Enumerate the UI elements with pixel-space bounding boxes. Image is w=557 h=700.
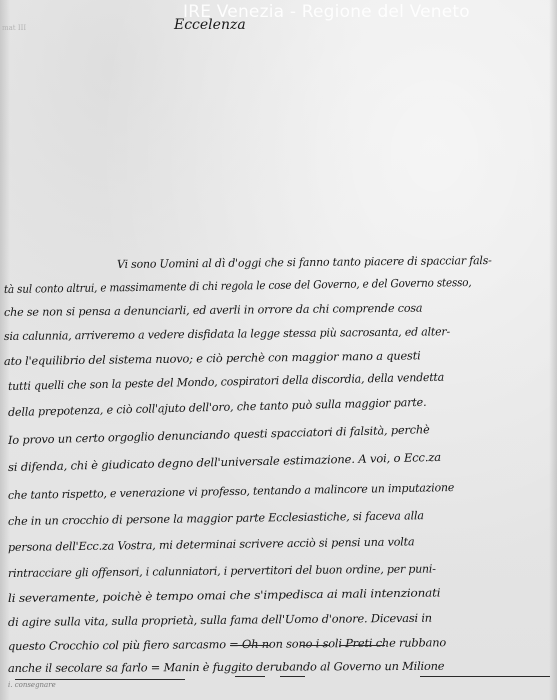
letter-line: Vi sono Uomini al dì d'oggi che si fanno… [117,254,492,271]
underline-mark [15,679,185,680]
letter-line: ato l'equilibrio del sistema nuovo; e ci… [4,349,421,368]
letter-line: anche il secolare sa farlo = Manin è fug… [8,660,444,675]
letter-line: di agire sulla vita, sulla proprietà, su… [8,612,432,629]
underline-mark [280,676,305,677]
archive-corner-mark: mat III [2,24,26,32]
underline-mark [340,645,385,646]
underline-mark [300,645,330,646]
letter-line: sia calunnia, arriveremo a vedere disfid… [4,325,450,343]
letter-line: che se non si pensa a denunciarli, ed av… [4,302,423,319]
underline-mark [420,676,550,677]
scanned-letter-page: IRE Venezia - Regione del Veneto mat III… [0,0,557,700]
letter-line: si difenda, chi è giudicato degno dell'u… [8,451,441,474]
letter-line: li severamente, poichè è tempo omai che … [8,586,441,605]
letter-line: persona dell'Ecc.za Vostra, mi determina… [8,535,415,554]
letter-line: tutti quelli che son la peste del Mondo,… [8,371,444,393]
letter-line: Io provo un certo orgoglio denunciando q… [8,423,430,447]
letter-line: che tanto rispetto, e venerazione vi pro… [8,481,454,502]
letter-line: rintracciare gli offensori, i calunniato… [8,562,436,580]
letter-line: che in un crocchio di persone la maggior… [8,509,424,528]
footer-note: i. consegnare [8,681,56,689]
underline-mark [230,645,270,646]
underline-mark [235,676,265,677]
letter-line: della prepotenza, e ciò coll'ajuto dell'… [8,396,427,419]
letter-salutation: Eccelenza [174,17,246,33]
letter-line: tà sul conto altrui, e massimamente di c… [4,276,472,296]
page-edge-shadow-right [549,0,557,700]
